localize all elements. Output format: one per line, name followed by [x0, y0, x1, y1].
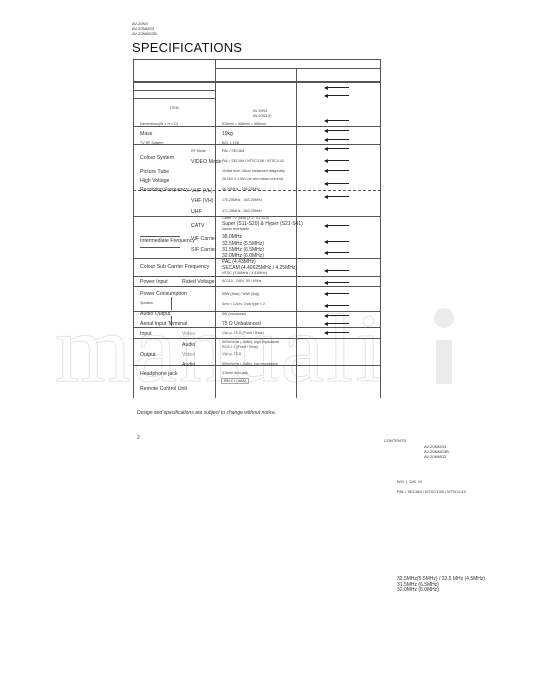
sif-label: SIF Carrier: [191, 247, 216, 253]
vif-label: VIF Carrier: [191, 236, 216, 242]
output-audio1-value-1: 500mVrms (-4dBs), high impedance: [222, 340, 279, 344]
receiving-frequency-label: Receiving Frequency: [140, 187, 189, 193]
model-header-1: AV-20N3: [253, 109, 267, 113]
catv-label: CATV: [191, 223, 204, 229]
output-video-label: Video: [182, 352, 195, 358]
item-header: ITEM: [170, 106, 179, 110]
contents-label: CONTENTS: [384, 438, 406, 443]
colour-system-label: Colour System: [140, 155, 174, 161]
vhf-vl-label: VHF (VL): [191, 188, 213, 194]
model-header-2: AV-20N3 (I): [253, 114, 272, 118]
arrow-left-icon: [325, 305, 349, 306]
tv-rf-system-label: TV RF System: [140, 141, 163, 145]
stray-tv-system: B/G, I, D/K, M: [397, 479, 422, 484]
intermediate-frequency-label: Intermediate Frequency: [140, 238, 195, 244]
headphone-label: Headphone jack: [140, 371, 178, 377]
arrow-left-icon: [325, 183, 349, 184]
input-label: Input: [140, 331, 152, 337]
output-audio1-value-2: RCA × 2 (Front / Rear): [222, 345, 258, 349]
speaker-value: 5cm × 12cm, Oval type × 2: [222, 302, 265, 306]
arrow-left-icon: [325, 170, 349, 171]
uhf-value: 471.25MHz - 863.25MHz: [222, 209, 262, 213]
output-audio2-label: Audio: [182, 362, 195, 368]
arrow-left-icon: [325, 148, 349, 149]
power-input-value: AC110 - 240V, 50 / 60Hz: [222, 279, 261, 283]
arrow-left-icon: [325, 241, 349, 242]
remote-model-value: RM-C1 (AAA): [221, 378, 249, 384]
picture-tube-label: Picture Tube: [140, 169, 169, 175]
arrow-left-icon: [325, 282, 349, 283]
high-voltage-value: 26.0kV ± 1.5kV (at zero beam current): [222, 177, 283, 181]
stray-model-3: AV-20NMG3: [424, 454, 446, 459]
model-name-3: AV-20NMG3B: [132, 31, 157, 36]
watermark-dot: [434, 308, 454, 328]
output-audio2-value: 500mVrms (-4dBs), low impedance: [222, 362, 278, 366]
uhf-label: UHF: [191, 209, 202, 215]
catv-value-top: Cable TV (Mid) (X,Z, S1-S10): [222, 216, 269, 220]
arrow-left-icon: [325, 87, 349, 88]
power-consumption-value: 85W (Max) / 60W (Avg): [222, 292, 259, 296]
rf-mode-value: PAL / SECAM: [222, 149, 244, 153]
vhf-vl-value: 46.25MHz - 168.25MHz: [222, 187, 260, 191]
video-mode-value: PAL / SECAM / NTSC3.58 / NTSC4.43: [222, 159, 284, 163]
arrow-left-icon: [325, 196, 349, 197]
picture-tube-value: Visible size: 48cm measured diagonally: [222, 169, 285, 173]
arrow-left-icon: [325, 225, 349, 226]
aerial-input-value: 75 Ω Unbalanced: [222, 321, 261, 327]
rf-mode-label: RF Mode: [191, 149, 206, 153]
arrow-left-icon: [325, 332, 349, 333]
output-video-value: 1Vp-p, 75 Ω: [222, 352, 241, 356]
audio-output-label: Audio Output: [140, 311, 170, 317]
speaker-label: Speaker: [140, 301, 153, 305]
tv-rf-system-value: B/G, I, D/K: [222, 141, 239, 145]
output-label: Output: [140, 352, 156, 358]
stray-sif-3: 32.0MHz (6.0MHz): [397, 587, 439, 593]
vhf-vh-label: VHF (VH): [191, 198, 213, 204]
arrow-left-icon: [325, 270, 349, 271]
arrow-left-icon: [325, 95, 349, 96]
catv-value-sub: bands receivable: [222, 227, 249, 231]
dimensions-value: 618mm × 456mm × 466mm: [222, 122, 266, 126]
dimensions-label: Dimensions(W × H × D): [140, 122, 178, 126]
arrow-left-icon: [325, 130, 349, 131]
arrow-left-icon: [325, 315, 349, 316]
arrow-left-icon: [325, 160, 349, 161]
colour-sub-carrier-value-3: NTSC (3.58MHz / 4.43MHz): [222, 271, 267, 275]
mass-label: Mass: [140, 131, 152, 137]
high-voltage-label: High Voltage: [140, 178, 169, 184]
vif-value: 38.0MHz: [222, 234, 242, 240]
input-value: 1Vp-p, 75 Ω (Front / Rear): [222, 331, 264, 335]
input-video-label: Video: [182, 331, 195, 337]
notice-text: Design and specifications are subject to…: [137, 410, 276, 416]
arrow-left-icon: [325, 323, 349, 324]
watermark-bar: [436, 340, 452, 384]
arrow-left-icon: [325, 139, 349, 140]
power-consumption-label: Power Consumption: [140, 291, 187, 297]
colour-sub-carrier-label: Colour Sub Carrier Frequency: [140, 264, 209, 270]
stray-colour-system: PAL / SECAM / NTSC3.58 / NTSC4.43: [397, 489, 466, 494]
rated-voltage-label: Rated Voltage: [182, 279, 215, 285]
vhf-vh-value: 175.25MHz - 463.25MHz: [222, 198, 262, 202]
arrow-left-icon: [325, 293, 349, 294]
arrow-left-icon: [325, 252, 349, 253]
mass-value: 19kg: [222, 131, 233, 137]
audio-output-value: 5W (monaural): [222, 312, 246, 316]
video-mode-label: VIDEO Mode: [191, 159, 222, 165]
page-title: SPECIFICATIONS: [132, 40, 242, 55]
remote-label: Remote Control Unit: [140, 386, 187, 392]
power-input-label: Power Input: [140, 279, 168, 285]
aerial-input-label: Aerial Input Terminal: [140, 321, 187, 327]
arrow-left-icon: [325, 120, 349, 121]
page-number: 2: [137, 435, 140, 441]
output-audio1-label: Audio: [182, 342, 195, 348]
headphone-value: 3.5mm mini jack: [222, 371, 248, 375]
